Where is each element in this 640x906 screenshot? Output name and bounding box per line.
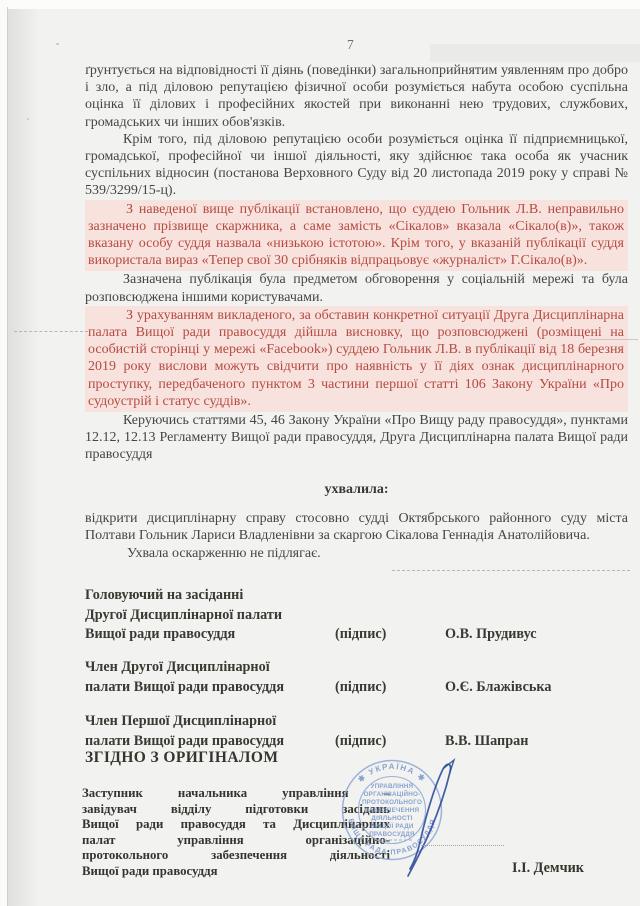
body-paragraph-1: ґрунтується на відповідності її діянь (п… — [85, 62, 628, 131]
signature-row: Член Першої Дисциплінарної палати Вищої … — [85, 712, 595, 751]
body-paragraph-3: Зазначена публікація була предметом обго… — [85, 271, 628, 305]
scan-top-edge — [0, 0, 640, 9]
pen-signature — [380, 742, 492, 884]
ruling-paragraph: відкрити дисциплінарну справу стосовно с… — [85, 510, 628, 544]
signature-placeholder: (підпис) — [335, 625, 445, 645]
signer-name: О.В. Прудивус — [445, 625, 595, 645]
document-ruling: ухвалила: відкрити дисциплінарну справу … — [85, 481, 628, 562]
scan-gutter-shadow — [8, 9, 40, 906]
ruling-heading: ухвалила: — [85, 481, 628, 498]
page-number: 7 — [347, 37, 354, 53]
appeal-note: Ухвала оскарженню не підлягає. — [85, 545, 628, 562]
body-paragraph-2: Крім того, під діловою репутацією особи … — [85, 131, 628, 200]
scan-speck — [27, 118, 29, 120]
pen-signature-tip — [444, 760, 454, 772]
signer-role: Член Першої Дисциплінарної палати Вищої … — [85, 712, 335, 751]
scan-speck — [56, 43, 59, 45]
pen-signature-stroke — [408, 764, 451, 876]
signer-role: Головуючий на засіданні Другої Дисциплін… — [85, 586, 335, 645]
signature-row: Член Другої Дисциплінарної палати Вищої … — [85, 658, 595, 697]
scan-artifact-line — [590, 339, 638, 340]
signature-row: Головуючий на засіданні Другої Дисциплін… — [85, 586, 595, 645]
scan-artifact-line — [392, 570, 630, 571]
body-paragraph-4: Керуючись статтями 45, 46 Закону України… — [85, 412, 628, 464]
highlighted-paragraph-2: З урахуванням викладеного, за обставин к… — [85, 306, 628, 412]
signer-role: Член Другої Дисциплінарної палати Вищої … — [85, 658, 335, 697]
signature-placeholder: (підпис) — [335, 678, 445, 698]
certifying-official-name: І.І. Демчик — [512, 860, 584, 877]
scan-light-band — [430, 44, 640, 62]
scan-artifact-line — [418, 845, 504, 846]
scan-left-edge — [0, 0, 7, 906]
scan-artifact-line — [14, 331, 88, 332]
highlighted-paragraph-1: З наведеної вище публікації встановлено,… — [85, 200, 628, 272]
certified-true-copy-heading: ЗГІДНО З ОРИГІНАЛОМ — [85, 749, 278, 767]
signer-name: О.Є. Блажівська — [445, 678, 595, 698]
document-body: ґрунтується на відповідності її діянь (п… — [85, 62, 628, 464]
scanned-document-page: { "page_number": "7", "body": { "p1": "ґ… — [0, 0, 640, 906]
